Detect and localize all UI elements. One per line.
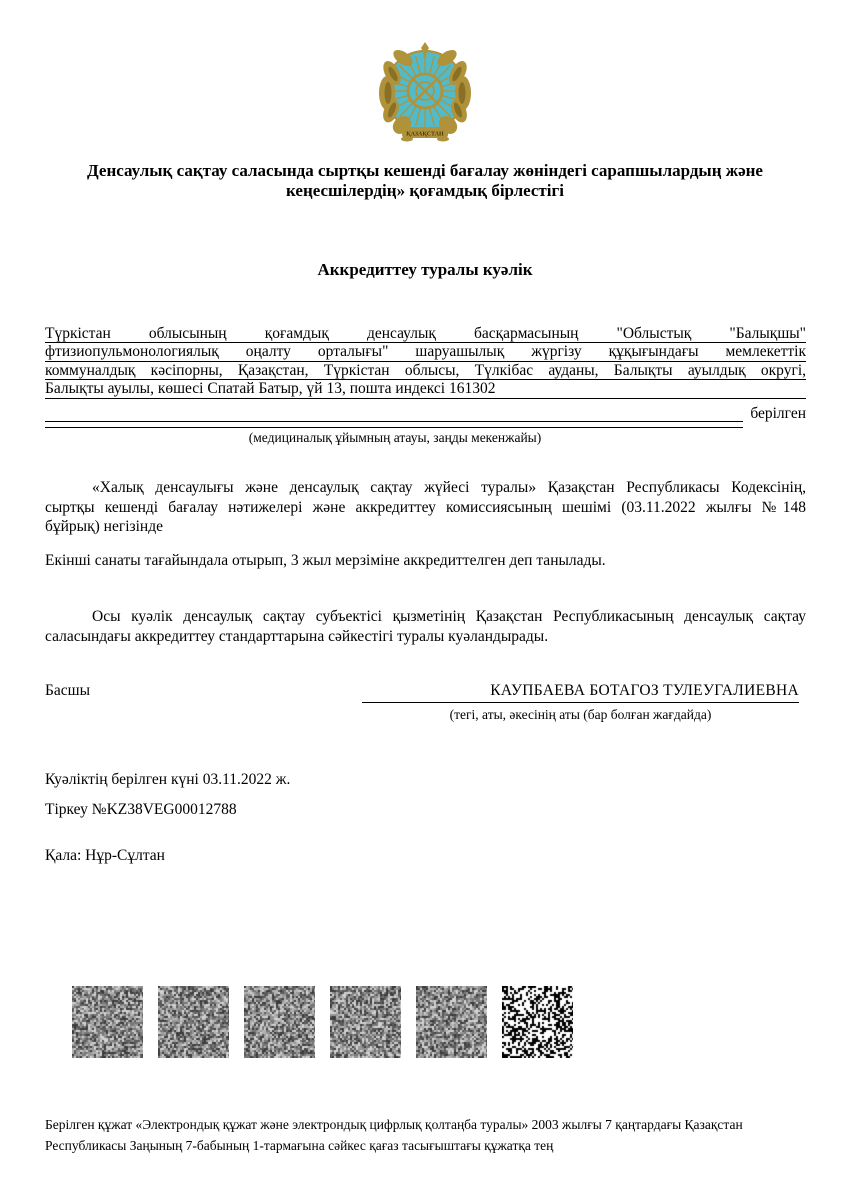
- text-line: кеңесшілердің» қоғамдық бірлестігі: [45, 181, 805, 201]
- registration-number-line: Тіркеу №KZ38VEG00012788: [45, 800, 237, 819]
- city-line: Қала: Нұр-Сұлтан: [45, 846, 165, 865]
- basis-paragraph: «Халық денсаулығы және денсаулық сақтау …: [45, 478, 806, 537]
- datamatrix-barcode-6: [502, 986, 573, 1058]
- signature-role-label: Басшы: [45, 682, 90, 700]
- organization-caption: (медициналық ұйымның атауы, заңды мекенж…: [45, 430, 745, 446]
- text-line: Берілген құжат «Электрондық құжат және э…: [45, 1114, 807, 1135]
- text-line: коммуналдық кәсіпорны, Қазақстан, Түркіс…: [45, 362, 806, 380]
- text-line: бұйрық) негізінде: [45, 517, 806, 537]
- category-statement: Екінші санаты тағайындала отырып, 3 жыл …: [45, 551, 806, 571]
- text-line: Түркістан облысының қоғамдық денсаулық б…: [45, 325, 806, 343]
- organization-title: Денсаулық сақтау саласында сыртқы кешенд…: [45, 161, 805, 201]
- text-line: фтизиопульмонологиялық оңалту орталығы" …: [45, 343, 806, 361]
- kazakhstan-coat-of-arms-icon: ҚАЗАҚСТАН: [366, 40, 484, 142]
- datamatrix-barcode-5: [416, 986, 487, 1058]
- datamatrix-barcode-2: [158, 986, 229, 1058]
- issued-word: берілген: [750, 406, 806, 422]
- accreditation-certificate-page: ҚАЗАҚСТАН Денсаулық сақтау саласында сыр…: [0, 0, 849, 1200]
- signature-caption: (тегі, аты, әкесінің аты (бар болған жағ…: [362, 703, 799, 723]
- text-line: «Халық денсаулығы және денсаулық сақтау …: [45, 478, 806, 498]
- text-line: Денсаулық сақтау саласында сыртқы кешенд…: [45, 161, 805, 181]
- blank-rule-line-2: [45, 412, 743, 428]
- datamatrix-barcode-1: [72, 986, 143, 1058]
- text-line: сыртқы кешенді бағалау нәтижелері және а…: [45, 498, 806, 518]
- barcode-strip: [72, 986, 573, 1058]
- signatory-name: КАУПБАЕВА БОТАГОЗ ТУЛЕУГАЛИЕВНА: [362, 682, 799, 703]
- text-line: Балықты ауылы, көшесі Спатай Батыр, үй 1…: [45, 380, 806, 398]
- organization-details-ruled-block: Түркістан облысының қоғамдық денсаулық б…: [45, 325, 806, 399]
- datamatrix-barcode-4: [330, 986, 401, 1058]
- certificate-subtitle: Аккредиттеу туралы куәлік: [45, 260, 805, 280]
- datamatrix-barcode-3: [244, 986, 315, 1058]
- text-line: саласындағы аккредиттеу стандарттарына с…: [45, 627, 806, 647]
- attestation-paragraph: Осы куәлік денсаулық сақтау субъектісі қ…: [45, 607, 806, 646]
- svg-text:ҚАЗАҚСТАН: ҚАЗАҚСТАН: [406, 131, 444, 137]
- text-line: Осы куәлік денсаулық сақтау субъектісі қ…: [45, 607, 806, 627]
- signature-block: КАУПБАЕВА БОТАГОЗ ТУЛЕУГАЛИЕВНА (тегі, а…: [362, 682, 799, 723]
- issue-date-line: Куәліктің берілген күні 03.11.2022 ж.: [45, 770, 290, 789]
- footer-legal-note: Берілген құжат «Электрондық құжат және э…: [45, 1114, 807, 1156]
- text-line: Республикасы Заңының 7-бабының 1-тармағы…: [45, 1135, 807, 1156]
